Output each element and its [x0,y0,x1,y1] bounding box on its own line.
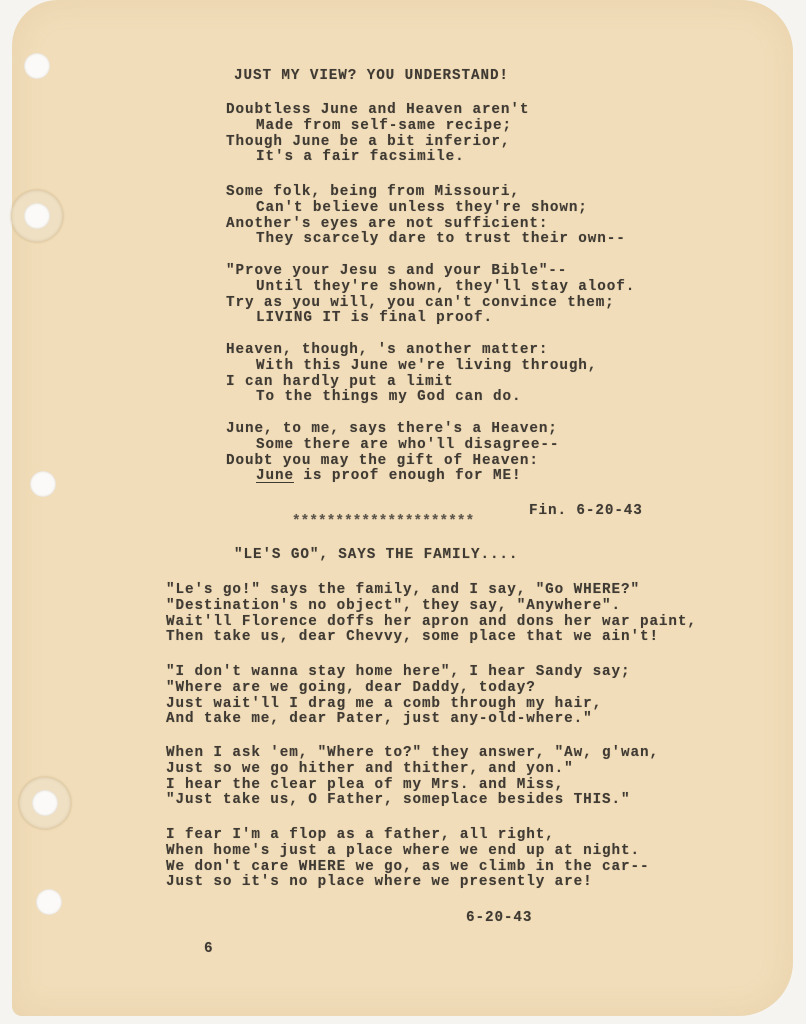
poem-line: Some folk, being from Missouri, [226,185,626,201]
poem-line: "Where are we going, dear Daddy, today? [166,681,631,697]
poem-line: June, to me, says there's a Heaven; [226,422,559,438]
poem1-stanza: Some folk, being from Missouri,Can't bel… [226,185,626,248]
poem-line: When I ask 'em, "Where to?" they answer,… [166,746,659,762]
poem-line: June is proof enough for ME! [226,469,559,485]
poem-line: Can't believe unless they're shown; [226,201,626,217]
binder-hole [30,471,56,497]
poem-line: When home's just a place where we end up… [166,844,649,860]
binder-hole [36,889,62,915]
reinforced-binder-hole [19,777,71,829]
binder-hole [24,203,50,229]
poem-line: "I don't wanna stay home here", I hear S… [166,665,631,681]
poem-line: Then take us, dear Chevvy, some place th… [166,630,697,646]
page-number: 6 [204,942,213,958]
poem-line: I fear I'm a flop as a father, all right… [166,828,649,844]
poem-line-rest: is proof enough for ME! [294,468,522,484]
binder-hole [32,790,58,816]
binder-hole [24,53,50,79]
poem2-stanza: "Le's go!" says the family, and I say, "… [166,583,697,646]
poem-line: LIVING IT is final proof. [226,311,635,327]
poem2-stanza: "I don't wanna stay home here", I hear S… [166,665,631,728]
poem-line: Heaven, though, 's another matter: [226,343,597,359]
poem2-date: 6-20-43 [466,911,532,927]
reinforced-binder-hole [11,190,63,242]
poem1-stanza: Heaven, though, 's another matter:With t… [226,343,597,406]
poem1-stanza: Doubtless June and Heaven aren'tMade fro… [226,103,529,166]
poem-line: Doubtless June and Heaven aren't [226,103,529,119]
poem-line: "Le's go!" says the family, and I say, "… [166,583,697,599]
poem1-stanza: "Prove your Jesu s and your Bible"--Unti… [226,264,635,327]
poem2-title: "LE'S GO", SAYS THE FAMILY.... [234,548,518,564]
poem1-stanza: June, to me, says there's a Heaven;Some … [226,422,559,485]
separator-asterisks: ********************* [292,515,474,531]
poem-line: Made from self-same recipe; [226,119,529,135]
poem2-stanza: I fear I'm a flop as a father, all right… [166,828,649,891]
poem-line: It's a fair facsimile. [226,150,529,166]
poem-line: With this June we're living through, [226,359,597,375]
poem-line: Just so it's no place where we presently… [166,875,649,891]
poem1-title: JUST MY VIEW? YOU UNDERSTAND! [234,69,509,85]
poem-line: Until they're shown, they'll stay aloof. [226,280,635,296]
poem-line: They scarcely dare to trust their own-- [226,232,626,248]
poem-line: Some there are who'll disagree-- [226,438,559,454]
poem-line: And take me, dear Pater, just any-old-wh… [166,712,631,728]
poem-line: "Prove your Jesu s and your Bible"-- [226,264,635,280]
poem-line: "Just take us, O Father, someplace besid… [166,793,659,809]
poem2-stanza: When I ask 'em, "Where to?" they answer,… [166,746,659,809]
underlined-word: June [256,468,294,484]
poem-line: "Destination's no object", they say, "An… [166,599,697,615]
poem-line: To the things my God can do. [226,390,597,406]
poem-line: Just so we go hither and thither, and yo… [166,762,659,778]
poem1-sign-off: Fin. 6-20-43 [529,504,643,520]
